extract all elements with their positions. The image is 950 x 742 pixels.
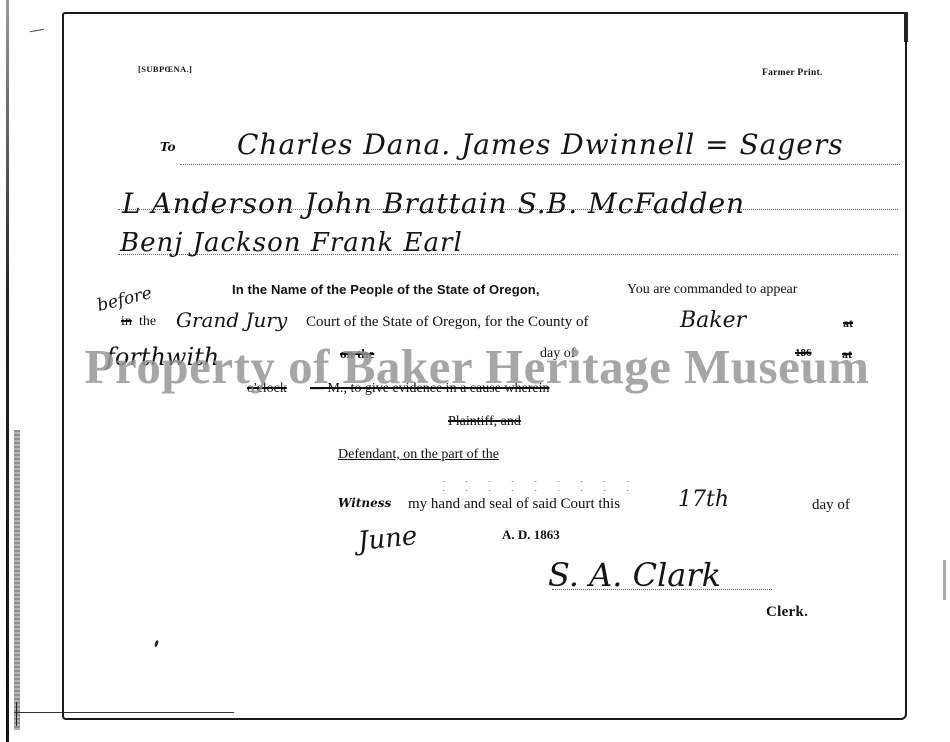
court-type-field: Grand Jury xyxy=(176,308,287,332)
month-field: June xyxy=(357,521,419,557)
place-field: forthwith xyxy=(106,343,219,371)
witness-text: my hand and seal of said Court this xyxy=(408,496,620,513)
defendant-line: Defendant, on the part of the xyxy=(338,447,499,463)
struck-on-the: on the xyxy=(340,346,374,362)
struck-evidence-clause: — M., to give evidence in a cause wherei… xyxy=(310,381,549,397)
oregon-title: In the Name of the People of the State o… xyxy=(232,282,540,297)
to-label: To xyxy=(160,140,176,154)
signature-rule xyxy=(552,589,772,590)
the-word: the xyxy=(139,314,156,330)
struck-year: 186 xyxy=(795,347,812,359)
struck-oclock: o'clock xyxy=(247,381,287,397)
stray-mark xyxy=(30,29,44,32)
struck-at-2: at xyxy=(842,347,852,362)
scan-shadow xyxy=(14,430,20,730)
court-line: Court of the State of Oregon, for the Co… xyxy=(306,314,588,331)
struck-plaintiff: Plaintiff, and xyxy=(448,414,521,430)
form-title: [SUBPŒNA.] xyxy=(138,64,192,74)
scan-left-edge xyxy=(6,0,9,742)
recipients-line-2: L Anderson John Brattain S.B. McFadden xyxy=(122,187,745,220)
witness-word: Witness xyxy=(338,496,391,510)
clerk-label: Clerk. xyxy=(766,604,808,621)
anno-domini-year: A. D. 1863 xyxy=(502,527,560,543)
county-field: Baker xyxy=(680,308,746,333)
printer-credit: Farmer Print. xyxy=(762,68,823,78)
day-field: 17th xyxy=(678,487,729,512)
scan-corner-tick xyxy=(16,702,17,726)
recipients-line-1: Charles Dana. James Dwinnell = Sagers xyxy=(237,128,844,161)
scan-right-mark xyxy=(943,560,946,600)
day-of-text-2: day of xyxy=(812,497,850,514)
recipients-line-3: Benj Jackson Frank Earl xyxy=(120,228,463,258)
seal-specks xyxy=(432,477,632,497)
struck-in: in xyxy=(121,314,132,330)
struck-at-1: at xyxy=(843,316,853,331)
commanded-text: You are commanded to appear xyxy=(627,282,797,298)
day-of-text: day of xyxy=(540,346,575,362)
recipient-line-1-rule xyxy=(180,164,900,165)
